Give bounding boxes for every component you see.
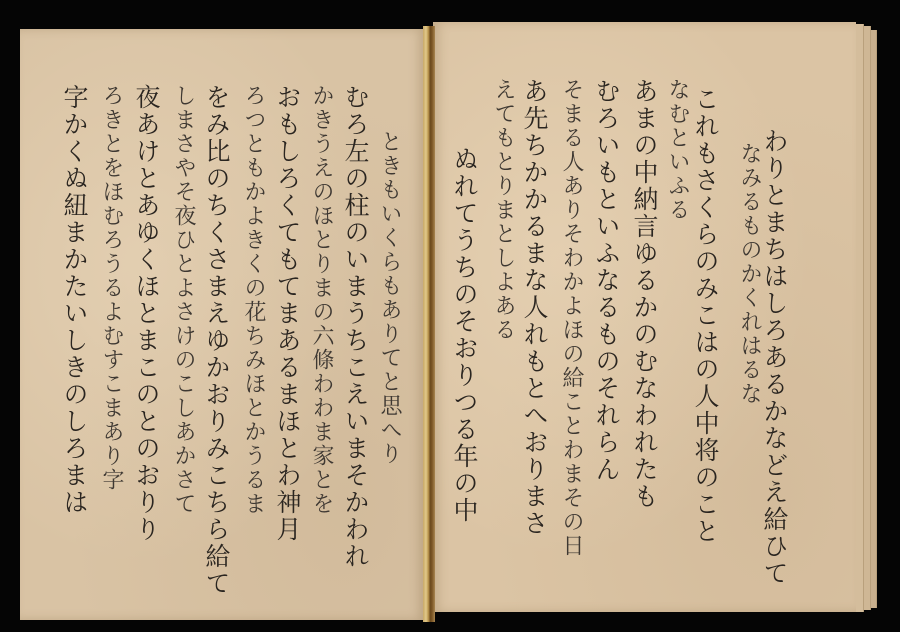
left-column-1: ときもいくらもありてと思へり xyxy=(378,130,400,466)
left-column-9: ろきとをほむろうるよむすこまあり字 xyxy=(100,84,122,492)
book-spine-gilt xyxy=(423,26,435,622)
left-column-2: むろ左の柱のいまうちこえいまそかわれ xyxy=(343,84,368,570)
right-column-5: あまの中納言ゆるかのむなわれたも xyxy=(632,78,657,510)
right-column-10: ぬれてうちのそおりつる年の中 xyxy=(452,146,477,524)
right-column-6: むろいもといふなるものそれらん xyxy=(594,78,619,483)
page-edge-stack xyxy=(863,26,871,610)
page-edge-stack xyxy=(855,24,864,612)
right-column-8: あ先ちかかるまな人れもとへおりまさ xyxy=(522,78,547,537)
right-column-2: なみるものかくれはるな xyxy=(738,142,760,406)
left-column-10: 字かくぬ紐まかたいしきのしろまは xyxy=(62,84,87,516)
left-column-3: かきうえのほとりまの六條わわま家とを xyxy=(310,84,332,516)
right-column-9: えてもとりまとしよある xyxy=(492,78,514,342)
right-column-7: そまる人ありそわかよほの給ことわまその日 xyxy=(560,78,582,558)
page-edge-stack xyxy=(870,30,877,608)
left-column-8: 夜あけとあゆくほとまこのとのおりり xyxy=(134,84,159,543)
left-column-6: をみ比のちくさまえゆかおりみこちら給て xyxy=(204,84,229,597)
right-column-1: わりとまちはしろあるかなどえ給ひて xyxy=(762,128,787,587)
left-column-4: おもしろくてもてまあるまほとわ神月 xyxy=(275,84,300,543)
left-column-5: ろつともかよきくの花ちみほとかうるま xyxy=(242,84,264,516)
left-column-7: しまさやそ夜ひとよさけのこしあかさて xyxy=(172,84,194,516)
right-column-4: なむといふる xyxy=(666,78,688,222)
right-column-3: これもさくらのみこはの人中将のこと xyxy=(693,86,718,545)
